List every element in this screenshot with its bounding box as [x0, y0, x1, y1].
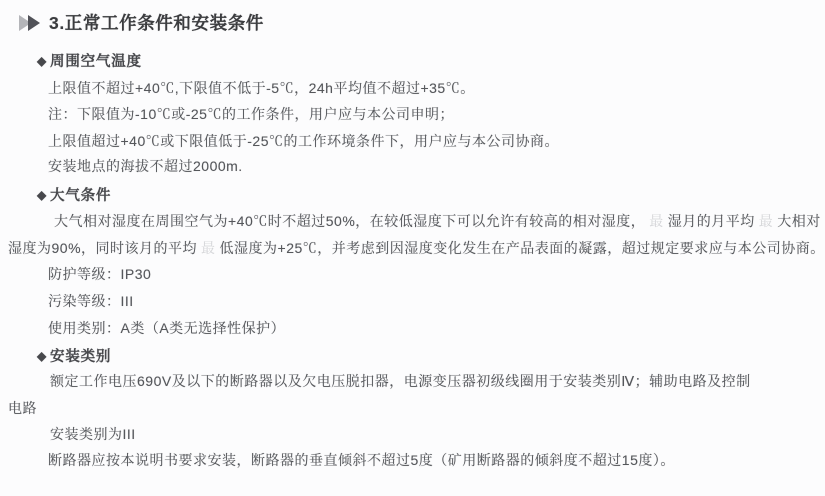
body-line-protection-grade: 防护等级：IP30	[48, 264, 151, 284]
humidity-text-segment: 大相对	[777, 213, 821, 229]
faded-ghost-char: 最	[197, 240, 220, 256]
body-line-circuit-continuation: 电路	[8, 398, 37, 418]
diamond-bullet-icon: ◆	[37, 349, 47, 363]
diamond-bullet-icon: ◆	[37, 188, 47, 202]
body-line-rated-voltage: 额定工作电压690V及以下的断路器以及欠电压脱扣器，电源变压器初级线圈用于安装类…	[50, 371, 751, 391]
double-triangle-icon	[19, 14, 46, 32]
body-line-exceed-limits: 上限值超过+40℃或下限值低于-25℃的工作环境条件下，用户应与本公司协商。	[48, 131, 559, 151]
page-title-row: 3.正常工作条件和安装条件	[19, 10, 264, 35]
faded-ghost-char: 最	[645, 213, 668, 229]
body-line-humidity-1: 大气相对湿度在周围空气为+40℃时不超过50%，在较低湿度下可以允许有较高的相对…	[54, 211, 821, 231]
humidity-text-segment: 湿度为90%，同时该月的平均	[8, 240, 197, 256]
section-heading-ambient-air-temperature: ◆周围空气温度	[37, 50, 142, 71]
section-heading-atmospheric-conditions: ◆大气条件	[37, 184, 111, 205]
body-line-tilt-requirement: 断路器应按本说明书要求安装，断路器的垂直倾斜不超过5度（矿用断路器的倾斜度不超过…	[48, 450, 675, 470]
heading-text-ambient: 周围空气温度	[50, 54, 142, 70]
body-line-temperature-limits: 上限值不超过+40℃,下限值不低于-5℃，24h平均值不超过+35℃。	[48, 78, 475, 98]
humidity-text-segment: 湿月的月平均	[668, 213, 755, 229]
body-line-lower-limit-note: 注：下限值为-10℃或-25℃的工作条件，用户应与本公司申明；	[48, 104, 454, 124]
page-title: 3.正常工作条件和安装条件	[49, 10, 264, 35]
humidity-text-segment: 低湿度为+25℃，并考虑到因湿度变化发生在产品表面的凝露，超过规定要求应与本公司…	[220, 240, 825, 256]
body-line-altitude: 安装地点的海拔不超过2000m.	[48, 156, 243, 176]
manual-page: 3.正常工作条件和安装条件 ◆周围空气温度 上限值不超过+40℃,下限值不低于-…	[0, 0, 825, 496]
body-line-install-category-iii: 安装类别为III	[50, 424, 136, 444]
heading-text-atmosphere: 大气条件	[50, 188, 111, 204]
diamond-bullet-icon: ◆	[37, 54, 47, 68]
body-line-pollution-grade: 污染等级：III	[48, 291, 134, 311]
faded-ghost-char: 最	[755, 213, 778, 229]
heading-text-installation: 安装类别	[50, 349, 111, 365]
body-line-usage-category: 使用类别：A类（A类无选择性保护）	[48, 318, 285, 338]
humidity-text-segment: 大气相对湿度在周围空气为+40℃时不超过50%，在较低湿度下可以允许有较高的相对…	[54, 213, 645, 229]
section-heading-installation-category: ◆安装类别	[37, 345, 111, 366]
body-line-humidity-2: 湿度为90%，同时该月的平均最低湿度为+25℃，并考虑到因湿度变化发生在产品表面…	[8, 238, 825, 258]
